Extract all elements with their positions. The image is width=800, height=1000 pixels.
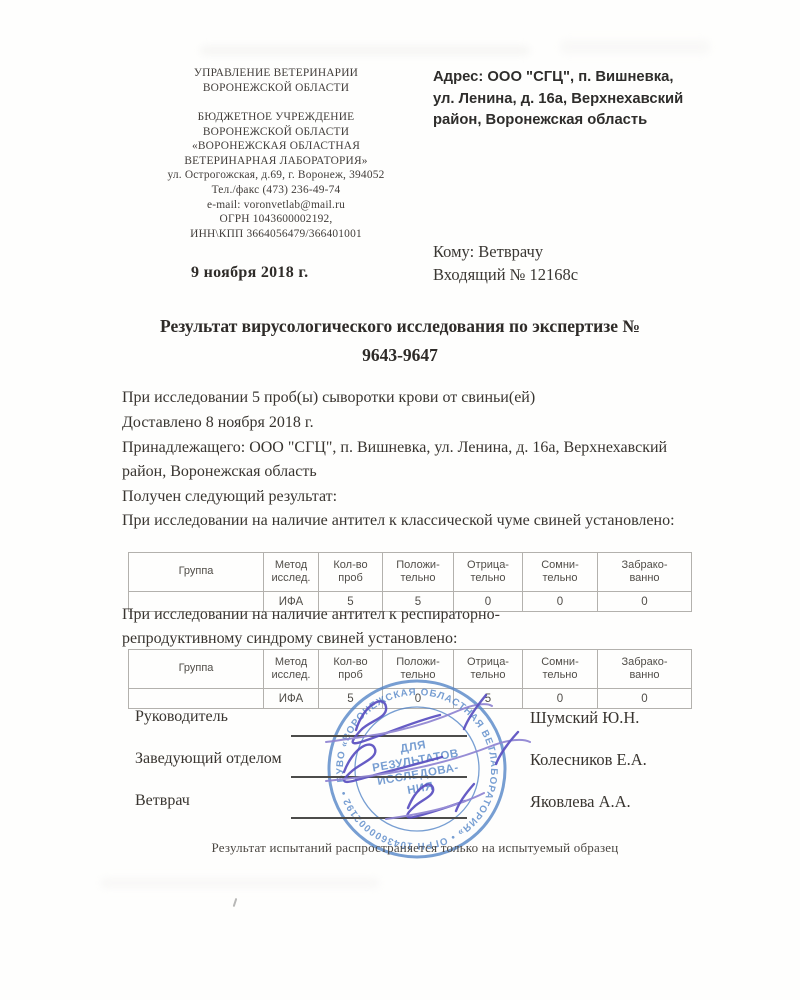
col-negative: Отрица- тельно bbox=[454, 553, 523, 592]
col-rejected: Забрако- ванно bbox=[598, 553, 692, 592]
col-doubtful: Сомни- тельно bbox=[523, 553, 598, 592]
section-heading-csf: При исследовании на наличие антител к кл… bbox=[122, 509, 710, 533]
footer-note: Результат испытаний распространяется тол… bbox=[115, 840, 715, 856]
document-page: УПРАВЛЕНИЕ ВЕТЕРИНАРИИ ВОРОНЕЖСКОЙ ОБЛАС… bbox=[0, 0, 800, 1000]
cell-rejected: 0 bbox=[598, 592, 692, 612]
col-rejected: Забрако- ванно bbox=[598, 650, 692, 689]
scan-noise-band bbox=[560, 40, 710, 54]
signature-ink bbox=[260, 680, 580, 850]
col-group: Группа bbox=[129, 553, 264, 592]
document-title: Результат вирусологического исследования… bbox=[150, 312, 650, 370]
scan-noise-band bbox=[100, 878, 380, 888]
signature-ink-1 bbox=[326, 695, 492, 743]
section-heading-prrs: При исследовании на наличие антител к ре… bbox=[122, 603, 602, 650]
col-method: Метод исслед. bbox=[264, 553, 319, 592]
to-line: Кому: Ветврачу bbox=[433, 242, 543, 262]
col-sample-count: Кол-во проб bbox=[319, 553, 383, 592]
paragraph-owner: Принадлежащего: ООО "СГЦ", п. Вишневка, … bbox=[122, 436, 694, 483]
paragraph-delivered: Доставлено 8 ноября 2018 г. bbox=[122, 411, 702, 435]
table-header-row: Группа Метод исслед. Кол-во проб Положи-… bbox=[129, 553, 692, 592]
scan-noise-band bbox=[200, 46, 530, 55]
cell-rejected: 0 bbox=[598, 689, 692, 709]
signature-role: Ветврач bbox=[135, 792, 190, 810]
org-name-department: УПРАВЛЕНИЕ ВЕТЕРИНАРИИ ВОРОНЕЖСКОЙ ОБЛАС… bbox=[128, 66, 424, 95]
cell-group bbox=[129, 689, 264, 709]
document-date: 9 ноября 2018 г. bbox=[191, 264, 308, 282]
col-group: Группа bbox=[129, 650, 264, 689]
signature-ink-3 bbox=[386, 784, 484, 819]
scan-artifact bbox=[233, 898, 238, 907]
signature-role: Руководитель bbox=[135, 708, 228, 726]
recipient-address: Адрес: ООО "СГЦ", п. Вишневка, ул. Ленин… bbox=[433, 67, 697, 132]
col-positive: Положи- тельно bbox=[383, 553, 454, 592]
org-details-block: БЮДЖЕТНОЕ УЧРЕЖДЕНИЕ ВОРОНЕЖСКОЙ ОБЛАСТИ… bbox=[128, 110, 424, 241]
paragraph-samples: При исследовании 5 проб(ы) сыворотки кро… bbox=[122, 386, 702, 410]
incoming-number: Входящий № 12168с bbox=[433, 265, 578, 285]
paragraph-result-intro: Получен следующий результат: bbox=[122, 485, 702, 509]
signature-ink-2 bbox=[326, 732, 530, 782]
